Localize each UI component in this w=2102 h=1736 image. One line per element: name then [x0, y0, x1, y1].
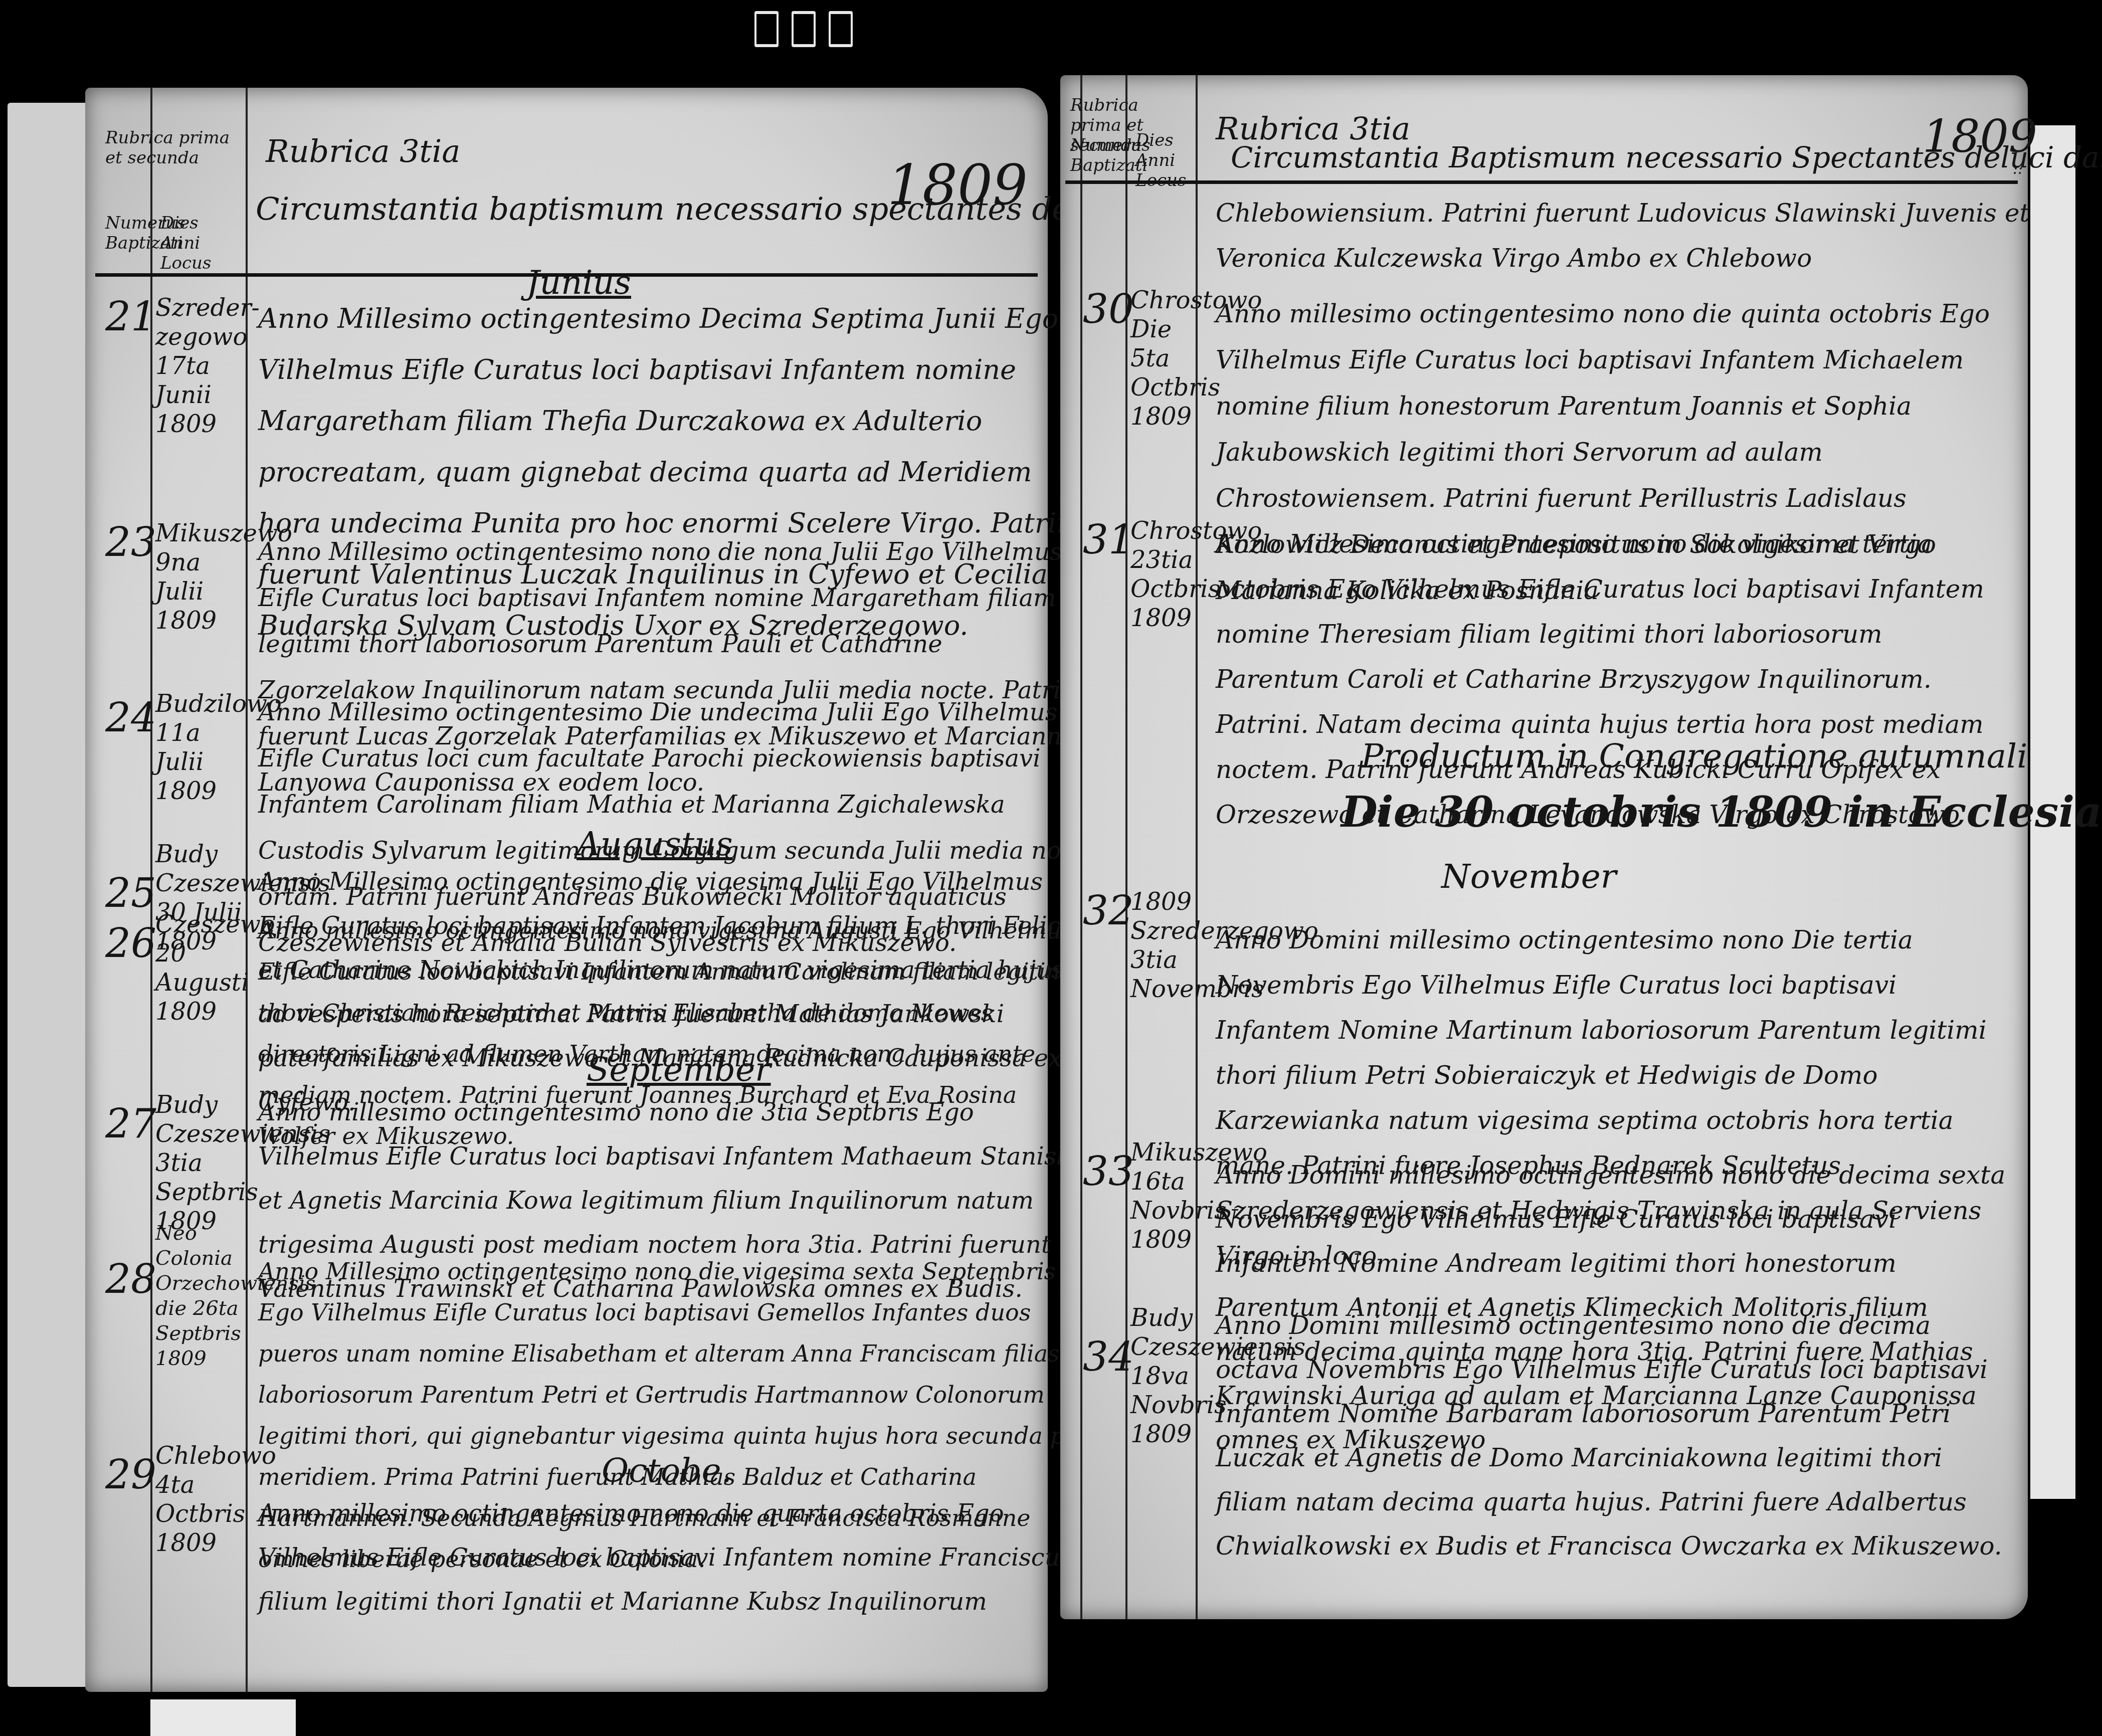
frame-number-marks: [754, 11, 853, 47]
entry-text: Anno Domini millesimo octingentesimo non…: [1216, 1303, 2008, 1568]
column-header-rubric: Rubrica prima et secunda: [105, 128, 241, 168]
continuation-text: Chlebowiensium. Patrini fuerunt Ludovicu…: [1216, 190, 2058, 281]
month-heading: November: [1441, 857, 1616, 896]
entry-number: 23: [105, 519, 156, 565]
frame-digit: [829, 11, 853, 47]
entry-number: 26: [105, 920, 156, 967]
entry-number: 29: [105, 1451, 156, 1498]
annotation-line: Productum in Congregatione autumnali: [1361, 737, 2027, 776]
entry-number: 21: [105, 293, 156, 340]
entry-place-date: Neo Colonia Orzechowiensis die 26ta Sept…: [155, 1221, 246, 1371]
entry-place-date: Chrostowo 23tia Octbris 1809: [1130, 516, 1196, 633]
entry-place-date: Chlebowo 4ta Octbris 1809: [155, 1441, 246, 1558]
column-header-numerus: Numerus Baptizati: [1070, 135, 1125, 175]
entry-place-date: Szreder-zegowo 17ta Junii 1809: [155, 293, 246, 439]
entry-place-date: Budzilowo 11a Julii 1809: [155, 689, 246, 806]
entry-number: 31: [1083, 516, 1134, 563]
page-title-rubric: Rubrica 3tia: [266, 133, 460, 169]
page-marker: ::: [2013, 160, 2023, 178]
page-year: 1809: [1923, 110, 2037, 163]
column-header-numerus: Numerus Baptizati: [105, 213, 155, 253]
entry-number: 27: [105, 1100, 156, 1147]
entry-place-date: Chrostowo Die 5ta Octbris 1809: [1130, 286, 1196, 431]
entry-number: 32: [1083, 887, 1134, 934]
entry-place-date: Mikuszewo 9na Julii 1809: [155, 519, 246, 635]
annotation-date-line: Die 30 octobris 1809 in Ecclesia Czeszew…: [1341, 787, 2102, 837]
entry-place-date: Budy Czeszewiensis 3tia Septbris 1809: [155, 1090, 246, 1236]
entry-text: Anno millesimo octingentesimo nono die q…: [258, 1491, 1100, 1624]
month-heading: September: [587, 1050, 771, 1089]
paper-strip: [150, 1699, 296, 1736]
entry-number: 25: [105, 870, 156, 916]
right-page: Rubrica prima et secunda Numerus Baptiza…: [1060, 75, 2028, 1619]
header-rule: [1065, 180, 2018, 184]
entry-number: 28: [105, 1256, 156, 1302]
page-year: 1809: [887, 153, 1028, 217]
column-header-dies: Dies Anni Locus: [1135, 130, 1191, 190]
entry-number: 30: [1083, 286, 1134, 332]
entry-place-date: Mikuszewo 16ta Novbris 1809: [1130, 1138, 1196, 1254]
entry-place-date: 1809 Szrederzegowo 3tia Novembris: [1130, 887, 1196, 1004]
month-heading: Octobe.: [602, 1451, 732, 1490]
left-page: Rubrica prima et secunda Numerus Baptiza…: [85, 88, 1048, 1692]
column-rule: [1080, 75, 1082, 1619]
entry-number: 34: [1083, 1333, 1134, 1380]
frame-digit: [754, 11, 779, 47]
entry-place-date: Czeszewo 20 Augusti 1809: [155, 910, 246, 1026]
frame-digit: [792, 11, 816, 47]
entry-number: 33: [1083, 1148, 1134, 1195]
column-header-dies: Dies Anni Locus: [160, 213, 241, 273]
entry-number: 24: [105, 694, 156, 741]
entry-place-date: Budy Czeszewiensis 18va Novbris 1809: [1130, 1303, 1196, 1449]
month-heading: Augustus: [577, 825, 733, 863]
